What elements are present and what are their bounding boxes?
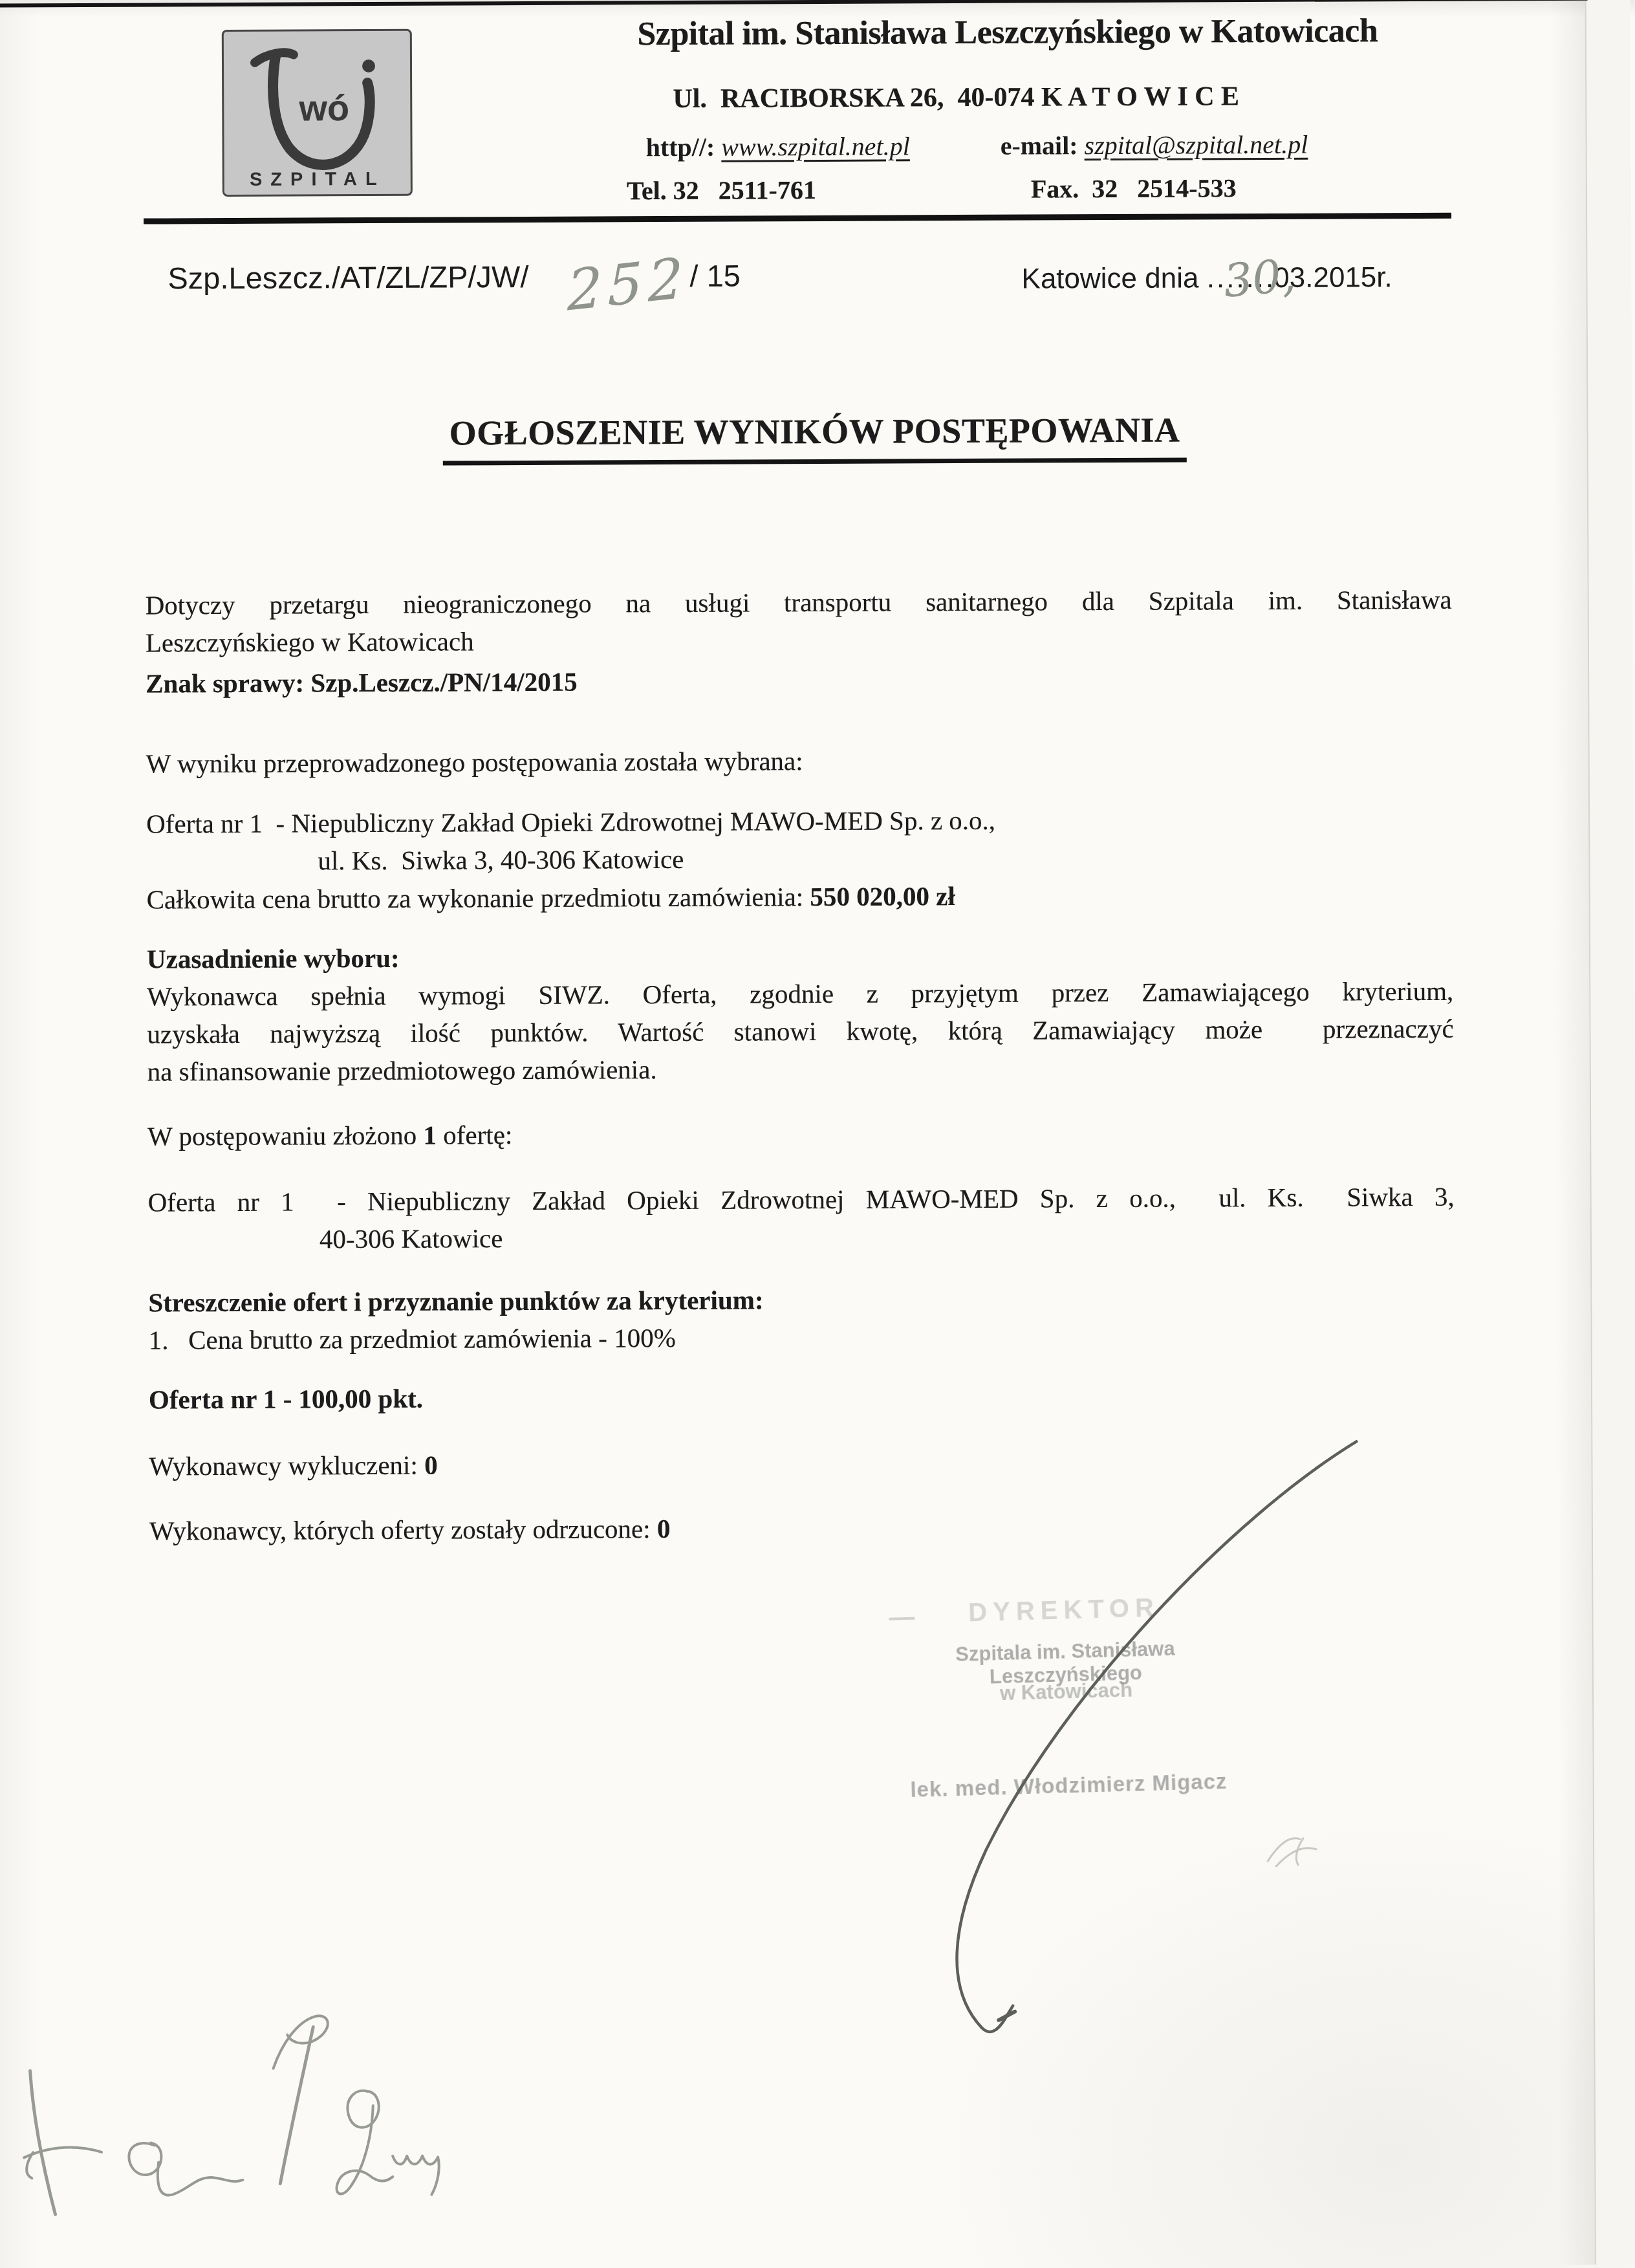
offers-submitted-line: W postępowaniu złożono 1 ofertę: (147, 1118, 512, 1153)
total-price-value: 550 020,00 zł (810, 881, 955, 911)
reference-number-prefix: Szp.Leszcz./AT/ZL/ZP/JW/ (168, 259, 528, 296)
offer2-line-1: Oferta nr 1 - Niepubliczny Zakład Opieki… (148, 1180, 1455, 1219)
svg-text:30,: 30, (1221, 248, 1297, 308)
reference-number-suffix: / 15 (689, 258, 741, 294)
rejected-count: 0 (657, 1514, 671, 1543)
signature-scribble (4, 1994, 458, 2267)
document-title: OGŁOSZENIE WYNIKÓW POSTĘPOWANIA (442, 410, 1186, 466)
total-price-line: Całkowita cena brutto za wykonanie przed… (147, 879, 955, 916)
justification-line-2: uzyskała najwyższą ilość punktów. Wartoś… (147, 1012, 1453, 1051)
hospital-name: Szpital im. Stanisława Leszczyńskiego w … (578, 12, 1438, 54)
scanned-document-page: wó SZPITAL Szpital im. Stanisława Leszcz… (0, 0, 1635, 2268)
justification-heading: Uzasadnienie wyboru: (147, 941, 400, 976)
website-row: http//: www.szpital.net.pl (645, 131, 909, 162)
offer1-line-1: Oferta nr 1 - Niepubliczny Zakład Opieki… (146, 803, 995, 841)
website-label: http//: (645, 133, 715, 162)
logo-szpital-text: SZPITAL (250, 169, 385, 190)
offer1-line-2: ul. Ks. Siwka 3, 40-306 Katowice (318, 842, 684, 877)
total-price-label: Całkowita cena brutto za wykonanie przed… (147, 882, 810, 914)
hospital-address: Ul. RACIBORSKA 26, 40-074 K A T O W I C … (578, 80, 1334, 114)
email-row: e-mail: szpital@szpital.net.pl (1000, 129, 1308, 161)
intro-line-1: Dotyczy przetargu nieograniczonego na us… (146, 583, 1452, 622)
offer2-line-2: 40-306 Katowice (319, 1221, 503, 1256)
excluded-label: Wykonawcy wykluczeni: (149, 1450, 424, 1481)
document-sheet: wó SZPITAL Szpital im. Stanisława Leszcz… (0, 0, 1635, 2268)
rejected-offers-line: Wykonawcy, których oferty zostały odrzuc… (149, 1512, 671, 1548)
excluded-contractors-line: Wykonawcy wykluczeni: 0 (149, 1448, 437, 1483)
scan-top-edge (0, 0, 1588, 8)
email-url: szpital@szpital.net.pl (1084, 130, 1308, 160)
place-date-line: Katowice dnia .......03.2015r. (1021, 261, 1392, 296)
email-label: e-mail: (1000, 131, 1077, 160)
offers-submitted-suffix: ofertę: (437, 1120, 512, 1150)
website-url: www.szpital.net.pl (721, 131, 910, 161)
twoj-szpital-logo-icon: wó SZPITAL (224, 31, 411, 195)
pen-stroke-curve (907, 1414, 1401, 2063)
rejected-label: Wykonawcy, których oferty zostały odrzuc… (149, 1514, 657, 1545)
offers-submitted-count: 1 (423, 1120, 437, 1150)
case-reference: Znak sprawy: Szp.Leszcz./PN/14/2015 (146, 665, 578, 701)
justification-line-1: Wykonawca spełnia wymogi SIWZ. Oferta, z… (147, 974, 1453, 1014)
offers-submitted-prefix: W postępowaniu złożono (147, 1120, 423, 1151)
result-intro: W wyniku przeprowadzonego postępowania z… (146, 744, 803, 780)
place-date-label: Katowice dnia (1021, 262, 1198, 294)
excluded-count: 0 (424, 1450, 438, 1480)
criterion-1: 1. Cena brutto za przedmiot zamówienia -… (148, 1321, 675, 1357)
summary-heading: Streszczenie ofert i przyznanie punktów … (148, 1283, 763, 1319)
justification-line-3: na sfinansowanie przedmiotowego zamówien… (147, 1052, 657, 1088)
logo-wo-text: wó (298, 87, 349, 128)
handwritten-date-day: 30, (1218, 237, 1316, 329)
intro-line-2: Leszczyńskiego w Katowicach (146, 624, 474, 659)
svg-text:252: 252 (567, 246, 688, 324)
offer-score-line: Oferta nr 1 - 100,00 pkt. (149, 1382, 423, 1417)
handwritten-reference-number: 252 (565, 239, 689, 336)
phone-number: Tel. 32 2511-761 (627, 175, 816, 206)
header-divider (144, 213, 1451, 224)
fax-number: Fax. 32 2514-533 (1031, 173, 1237, 204)
hospital-logo: wó SZPITAL (222, 29, 413, 197)
